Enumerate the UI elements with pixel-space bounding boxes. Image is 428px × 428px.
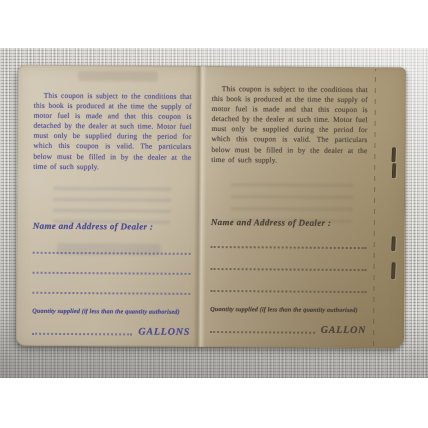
staple-leg bbox=[391, 262, 395, 279]
dealer-address-line bbox=[33, 252, 191, 255]
staple-leg bbox=[392, 163, 396, 178]
staple-leg bbox=[391, 236, 395, 251]
staple-leg bbox=[391, 147, 395, 162]
staple-top bbox=[388, 146, 399, 188]
dealer-label: Name and Address of Dealer : bbox=[33, 221, 191, 232]
quantity-dotted-line bbox=[32, 333, 132, 336]
gallon-label: GALLON bbox=[321, 325, 366, 336]
dealer-address-line bbox=[32, 292, 190, 295]
dealer-label: Name and Address of Dealer : bbox=[211, 217, 367, 228]
conditions-paragraph: This coupon is subject to the conditions… bbox=[211, 84, 368, 166]
center-fold-crease bbox=[193, 66, 207, 347]
quantity-supplied-label: Quantity supplied (if less than the quan… bbox=[210, 306, 366, 314]
dealer-address-line bbox=[33, 272, 191, 275]
dealer-address-line bbox=[210, 290, 366, 293]
perforation-line bbox=[373, 69, 376, 346]
dealer-address-line bbox=[211, 246, 367, 249]
quantity-entry-line: GALLONS bbox=[32, 326, 190, 338]
staple-bottom bbox=[387, 236, 399, 300]
quantity-dotted-line bbox=[210, 331, 315, 334]
ghost-imprint bbox=[78, 71, 158, 82]
quantity-entry-line: GALLON bbox=[210, 324, 366, 336]
coupon-right: This coupon is subject to the conditions… bbox=[210, 78, 368, 336]
conditions-paragraph: This coupon is subject to the conditions… bbox=[33, 91, 192, 173]
dealer-address-line bbox=[211, 268, 367, 271]
ration-book-page: This coupon is subject to the conditions… bbox=[16, 65, 406, 349]
quantity-supplied-label: Quantity supplied (if less than the quan… bbox=[32, 308, 190, 316]
gallons-label: GALLONS bbox=[138, 326, 190, 337]
fabric-background: This coupon is subject to the conditions… bbox=[0, 48, 428, 378]
coupon-left: This coupon is subject to the conditions… bbox=[32, 81, 192, 338]
photo-frame: This coupon is subject to the conditions… bbox=[0, 0, 428, 428]
